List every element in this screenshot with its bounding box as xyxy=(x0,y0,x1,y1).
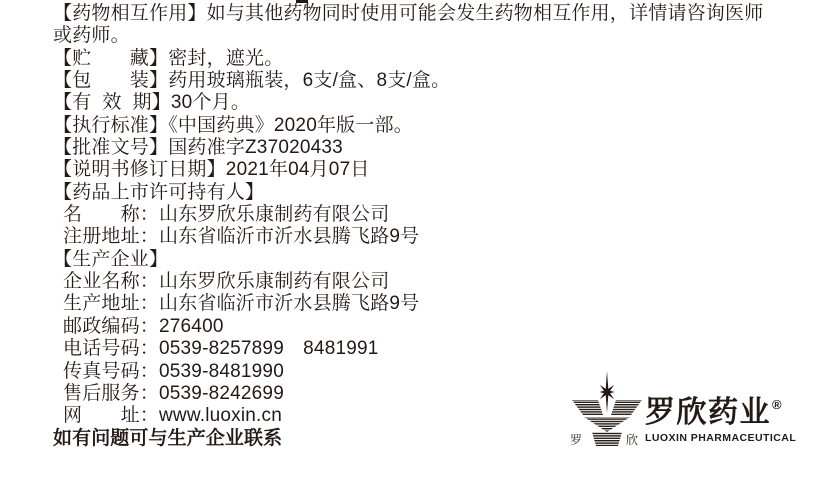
luoxin-logo: 罗 欣 罗欣药业® LUOXIN PHARMACEUTICAL xyxy=(565,368,805,454)
line-license-holder-header: 【药品上市许可持有人】 xyxy=(53,182,793,204)
logo-left-wing xyxy=(572,400,603,415)
logo-bottom-stack xyxy=(592,432,622,446)
logo-center-triangle xyxy=(584,417,630,432)
logo-char-xin: 欣 xyxy=(626,433,638,447)
logo-right-wing xyxy=(611,400,642,415)
line-postal-code: 邮政编码：276400 xyxy=(53,316,793,338)
line-holder-address: 注册地址：山东省临沂市沂水县腾飞路9号 xyxy=(53,226,793,248)
line-approval-number: 【批准文号】国药准字Z37020433 xyxy=(53,137,793,159)
drug-label-page: 【药物相互作用】如与其他药物同时使用可能会发生药物相互作用，详情请咨询医师 或药… xyxy=(0,0,820,484)
line-storage: 【贮 藏】密封，遮光。 xyxy=(53,48,793,70)
luoxin-logo-text: 罗欣药业® LUOXIN PHARMACEUTICAL xyxy=(645,398,796,444)
line-packaging: 【包 装】药用玻璃瓶装，6支/盒、8支/盒。 xyxy=(53,70,793,92)
brand-name-cn-text: 罗欣药业 xyxy=(645,396,771,429)
brand-name-cn: 罗欣药业® xyxy=(645,398,796,428)
line-revision-date: 【说明书修订日期】2021年04月07日 xyxy=(53,159,793,181)
line-manufacturer-header: 【生产企业】 xyxy=(53,249,793,271)
line-holder-name: 名 称：山东罗欣乐康制药有限公司 xyxy=(53,204,793,226)
logo-char-luo: 罗 xyxy=(570,433,582,447)
line-company-name: 企业名称：山东罗欣乐康制药有限公司 xyxy=(53,271,793,293)
registered-trademark-icon: ® xyxy=(772,390,782,420)
line-drug-interactions: 【药物相互作用】如与其他药物同时使用可能会发生药物相互作用，详情请咨询医师 xyxy=(53,3,793,25)
brand-name-en: LUOXIN PHARMACEUTICAL xyxy=(645,432,796,444)
logo-star-icon xyxy=(600,371,615,413)
line-shelf-life: 【有 效 期】30个月。 xyxy=(53,92,793,114)
line-production-address: 生产地址：山东省临沂市沂水县腾飞路9号 xyxy=(53,293,793,315)
luoxin-logo-mark-icon: 罗 欣 xyxy=(565,368,647,454)
line-standard: 【执行标准】《中国药典》2020年版一部。 xyxy=(53,115,793,137)
line-phone-number: 电话号码：0539-8257899 8481991 xyxy=(53,338,793,360)
line-drug-interactions-wrap: 或药师。 xyxy=(53,25,793,47)
